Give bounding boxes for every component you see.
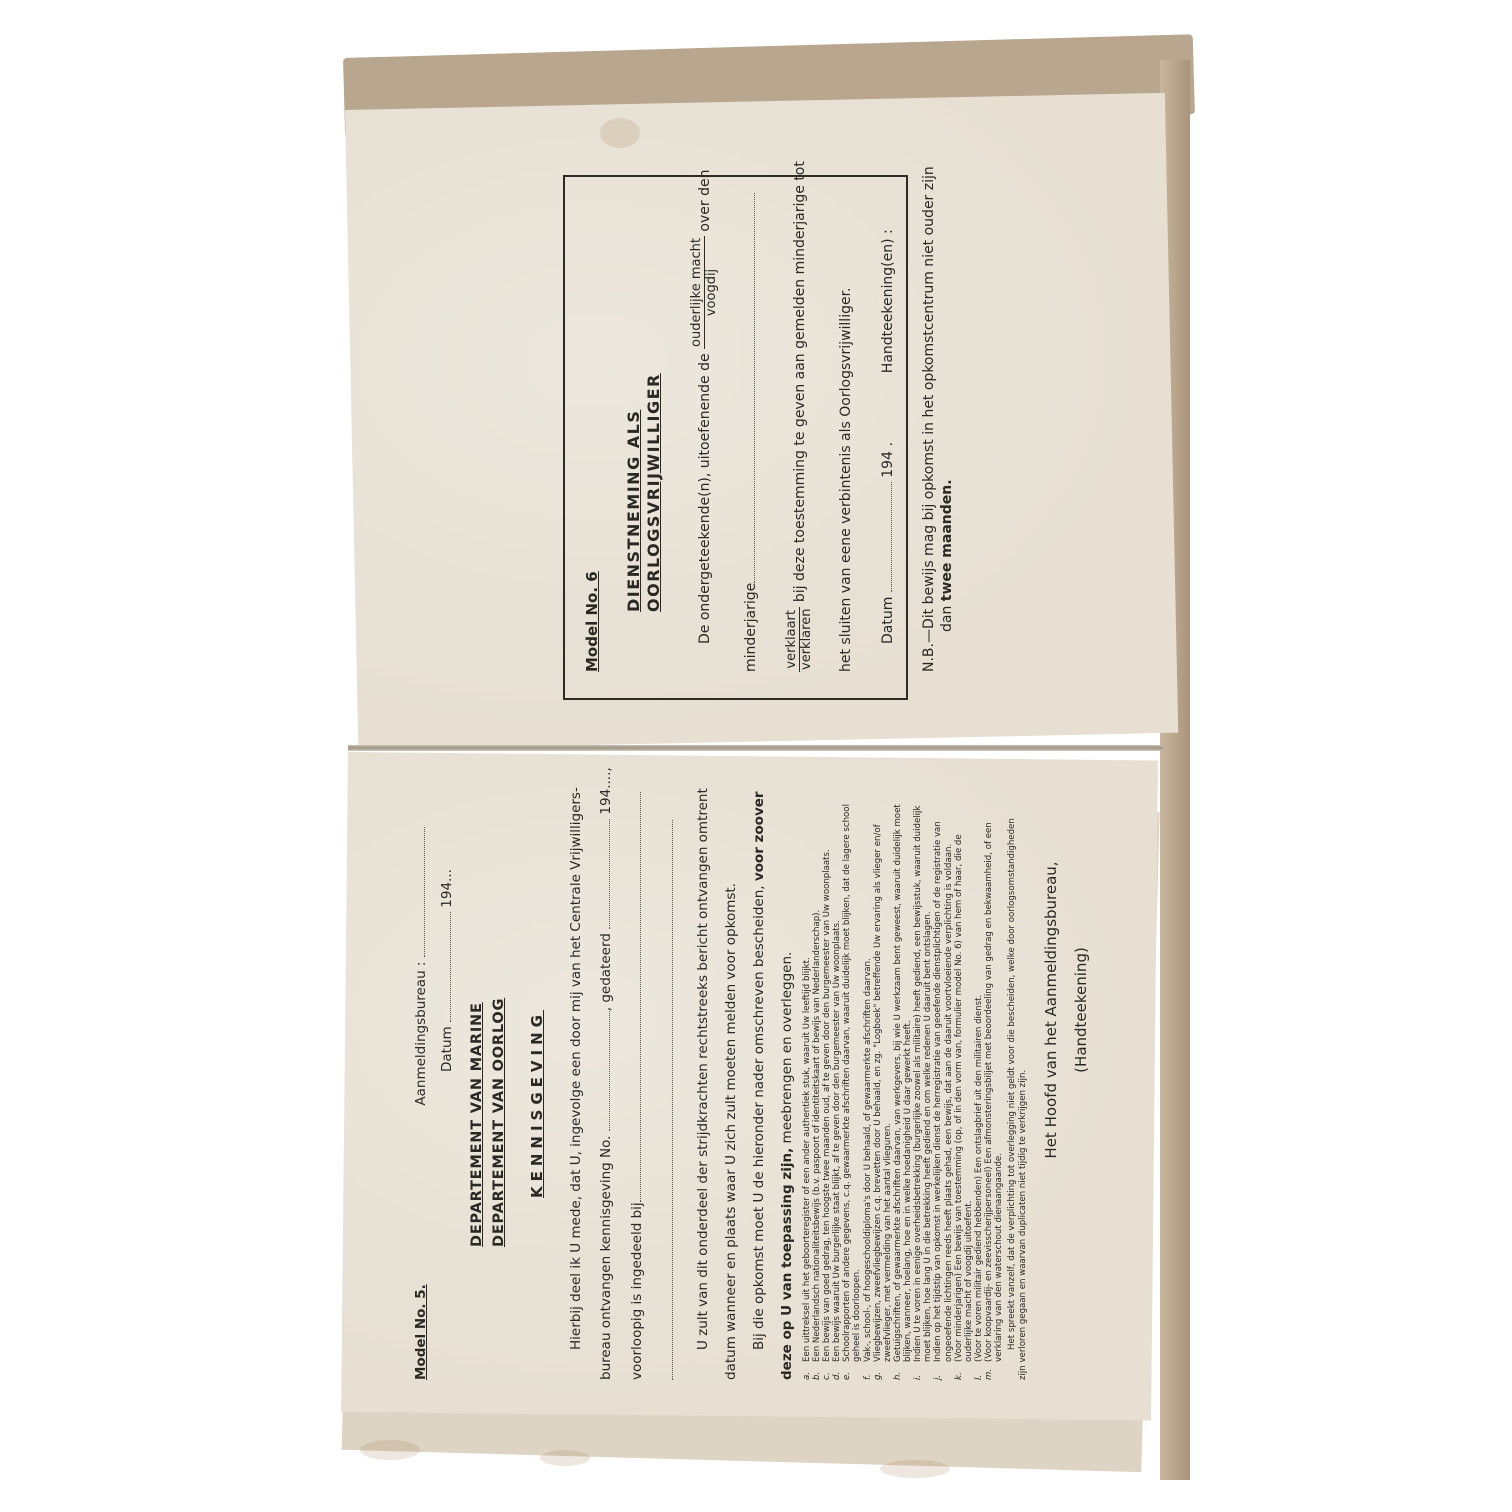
model-5-header: Model No. 5. Aanmeldingsbureau : [413,790,429,1380]
dated-field[interactable] [609,819,610,929]
booklet-spine-fold [348,745,1163,751]
paper-stain [880,1460,950,1478]
model-6-title: DIENSTNEMING ALS OORLOGSVRIJWILLIGER [624,203,664,612]
model-6-nb: N.B.—Dit bewijs mag bij opkomst in het o… [921,203,956,672]
list-item-text: (Voor minderjarigen) Een bewijs van toes… [954,802,974,1362]
list-item-text: Indien U te voren in eenige overheidsbet… [913,802,933,1362]
list-item-key: l. [974,1362,984,1380]
document-list-item: i.Indien U te voren in eenige overheidsb… [913,790,933,1380]
list-item-text: Schoolrapporten of andere gegevens, c.q.… [842,802,862,1362]
list-item-key: d. [832,1362,842,1380]
unit-field-continued[interactable] [672,820,673,1380]
document-list-item: c.Een bewijs van goed gedrag, ten hoogst… [822,790,832,1380]
required-documents-list: a.Een uittreksel uit het geboorteregiste… [802,790,1005,1380]
list-item-text: (Voor te voren militair gediend hebbende… [974,802,984,1362]
document-list-item: l.(Voor te voren militair gediend hebben… [974,790,984,1380]
model-6-line-4: het sluiten van eene verbintenis als Oor… [838,203,856,672]
model-5-date: Datum 194... [439,790,455,1072]
minor-name-field[interactable] [754,193,755,583]
declare-fraction: verklaart verklaren [785,607,815,672]
p1-line-3: voorloopig is ingedeeld bij [629,790,645,1380]
document-list-item: d.Een bewijs waaruit Uw burgerlijke staa… [832,790,842,1380]
list-item-text: Een bewijs van goed gedrag, ten hoogste … [822,802,832,1362]
paper-stain [360,1440,420,1460]
p2-line-2: datum wanneer en plaats waar U zich zult… [723,790,739,1380]
date-field[interactable] [891,482,892,592]
date-field[interactable] [450,912,451,1022]
list-item-key: f. [863,1362,873,1380]
p3-line-1: Bij die opkomst moet U de hieronder nade… [751,790,767,1350]
dept-marine: DEPARTEMENT VAN MARINE [469,790,486,1247]
p1-line-2: bureau ontvangen kennisgeving No. , geda… [598,790,614,1380]
document-list-item: m.(Voor koopvaardij- en zeevisscherijper… [984,790,1004,1380]
list-item-text: Vak-, school-, of hoogeschooldiploma's d… [863,802,873,1362]
list-item-text: Een Nederlandsch nationaliteitsbewijs (b… [812,802,822,1362]
authority-fraction: ouderlijke macht voogdij [690,236,720,349]
model-6-line-2: minderjarige [743,203,761,672]
list-item-key: g. [873,1362,893,1380]
footnote: Het spreekt vanzelf, dat de verplichting… [1007,802,1027,1380]
list-item-key: b. [812,1362,822,1380]
document-list-item: j.Indien op het tijdstip van opkomst in … [933,790,953,1380]
document-list-item: h.Getuigschriften, of gewaarmerkte afsch… [893,790,913,1380]
list-item-text: Getuigschriften, of gewaarmerkte afschri… [893,802,913,1362]
document-list-item: a.Een uittreksel uit het geboorteregiste… [802,790,812,1380]
p3-line-2: deze op U van toepassing zijn, meebrenge… [779,790,795,1380]
bureau-field[interactable] [424,827,425,957]
p2-line-1: U zult van dit onderdeel der strijdkrach… [695,790,711,1350]
model-5-label: Model No. 5. [413,1284,429,1380]
paper-stain [540,1450,590,1466]
document-list-item: g.Vliegbewijzen, zweefvliegbewijzen c.q.… [873,790,893,1380]
model-6-label: Model No. 6 [583,203,602,672]
list-item-text: Een uittreksel uit het geboorteregister … [802,802,812,1362]
paper-stain [600,118,640,148]
kennisgeving-title: KENNISGEVING [528,790,546,1198]
list-item-text: (Voor koopvaardij- en zeevisscherijperso… [984,802,1004,1362]
signature-line: Het Hoofd van het Aanmeldingsbureau, [1042,790,1060,1230]
document-list-item: k.(Voor minderjarigen) Een bewijs van to… [954,790,974,1380]
document-list-item: f.Vak-, school-, of hoogeschooldiploma's… [863,790,873,1380]
list-item-key: j. [933,1362,953,1380]
model-6-line-1: De ondergeteekende(n), uitoefenende de o… [690,203,720,644]
document-list-item: b.Een Nederlandsch nationaliteitsbewijs … [812,790,822,1380]
list-item-key: i. [913,1362,933,1380]
model-6-line-3: verklaart verklaren bij deze toestemming… [785,203,815,672]
list-item-key: k. [954,1362,974,1380]
signature-caption: (Handteekening) [1072,790,1090,1230]
model-6-date-signature: Datum 194 . Handteekening(en) : [880,203,898,644]
p1-line-4 [661,790,677,1380]
list-item-text: Vliegbewijzen, zweefvliegbewijzen c.q. b… [873,802,893,1362]
list-item-key: m. [984,1362,1004,1380]
p1-line-1: Hierbij deel ik U mede, dat U, ingevolge… [568,790,584,1350]
list-item-key: e. [842,1362,862,1380]
document-list-item: e.Schoolrapporten of andere gegevens, c.… [842,790,862,1380]
list-item-text: Indien op het tijdstip van opkomst in we… [933,802,953,1362]
list-item-key: h. [893,1362,913,1380]
list-item-key: c. [822,1362,832,1380]
kennisgeving-number-field[interactable] [609,1011,610,1131]
list-item-key: a. [802,1362,812,1380]
list-item-text: Een bewijs waaruit Uw burgerlijke staat … [832,802,842,1362]
dept-oorlog: DEPARTEMENT VAN OORLOG [491,790,508,1247]
model-6-frame: Model No. 6 DIENSTNEMING ALS OORLOGSVRIJ… [563,175,908,700]
unit-field[interactable] [640,792,641,1202]
